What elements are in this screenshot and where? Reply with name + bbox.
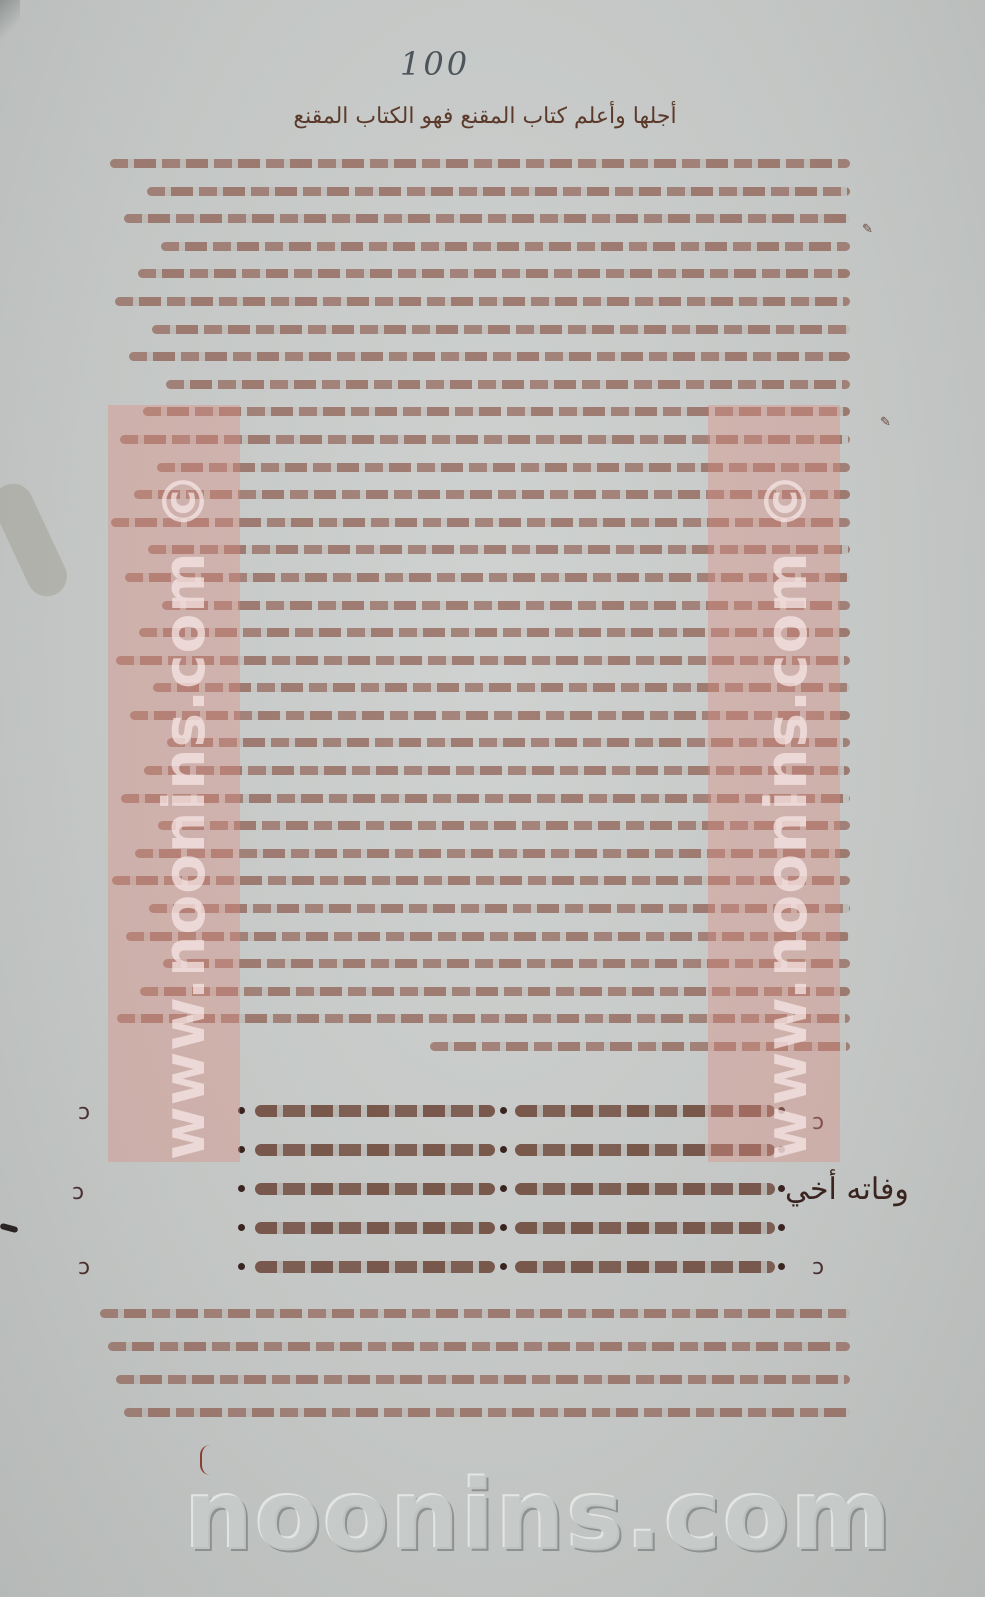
verse-hemistich-right	[515, 1183, 775, 1195]
text-line	[80, 233, 850, 261]
ink-stroke	[129, 352, 850, 361]
verse-separator-dot	[778, 1224, 785, 1231]
water-stain	[0, 477, 73, 603]
ink-stroke	[116, 1375, 850, 1384]
margin-note-1: ✎	[862, 222, 873, 237]
text-line	[80, 288, 850, 316]
ink-stroke	[147, 187, 850, 196]
text-line	[80, 205, 850, 233]
verse-hemistich-left	[255, 1105, 495, 1117]
edge-ink-mark	[0, 1223, 18, 1233]
verse-marker-left-3: ↄ	[78, 1255, 90, 1280]
verse-hemistich-right	[515, 1261, 775, 1273]
text-line	[80, 178, 850, 206]
text-line	[80, 260, 850, 288]
verse-section-label: وفاته أخي	[785, 1172, 909, 1207]
verse-separator-dot	[500, 1107, 507, 1114]
ink-stroke	[115, 297, 850, 306]
text-line	[80, 371, 850, 399]
ink-stroke	[110, 159, 850, 168]
folio-number: 100	[400, 45, 470, 83]
verse-separator-dot	[778, 1185, 785, 1192]
margin-note-2: ✎	[880, 415, 891, 430]
verse-marker-left-2: ↄ	[72, 1180, 84, 1205]
verse-separator-dot	[778, 1263, 785, 1270]
ink-stroke	[152, 325, 850, 334]
ink-stroke	[166, 380, 850, 389]
text-line	[80, 150, 850, 178]
verse-separator-dot	[238, 1224, 245, 1231]
page-heading: أجلها وأعلم كتاب المقنع فهو الكتاب المقن…	[250, 104, 720, 129]
verse-marker-right-2: ↄ	[812, 1255, 824, 1280]
watermark-left-text: www.noonins.com ©	[150, 471, 218, 1160]
text-line	[80, 1399, 850, 1432]
ink-stroke	[124, 214, 850, 223]
ink-stroke	[161, 242, 850, 251]
verse-hemistich-left	[255, 1144, 495, 1156]
text-line	[80, 316, 850, 344]
text-line	[80, 343, 850, 371]
verse-separator-dot	[500, 1185, 507, 1192]
text-line	[80, 1333, 850, 1366]
verse-hemistich-right	[515, 1222, 775, 1234]
ink-stroke	[138, 269, 850, 278]
page-corner-tear	[0, 0, 20, 40]
verse-separator-dot	[238, 1185, 245, 1192]
verse-separator-dot	[500, 1263, 507, 1270]
ink-stroke	[108, 1342, 850, 1351]
watermark-right-text: www.noonins.com ©	[752, 471, 820, 1160]
verse-row	[60, 1212, 860, 1251]
ink-stroke	[100, 1309, 850, 1318]
text-line	[80, 1300, 850, 1333]
verse-separator-dot	[500, 1146, 507, 1153]
verse-row	[60, 1251, 860, 1290]
verse-hemistich-left	[255, 1222, 495, 1234]
verse-hemistich-left	[255, 1261, 495, 1273]
manuscript-page: 100 أجلها وأعلم كتاب المقنع فهو الكتاب ا…	[0, 0, 985, 1597]
verse-marker-left-1: ↄ	[78, 1100, 90, 1125]
verse-separator-dot	[500, 1224, 507, 1231]
watermark-bottom: noonins.com	[185, 1460, 893, 1572]
verse-separator-dot	[238, 1263, 245, 1270]
text-line	[80, 1366, 850, 1399]
verse-hemistich-left	[255, 1183, 495, 1195]
verse-row	[60, 1173, 860, 1212]
ink-stroke	[124, 1408, 850, 1417]
lower-text-block	[80, 1300, 850, 1432]
